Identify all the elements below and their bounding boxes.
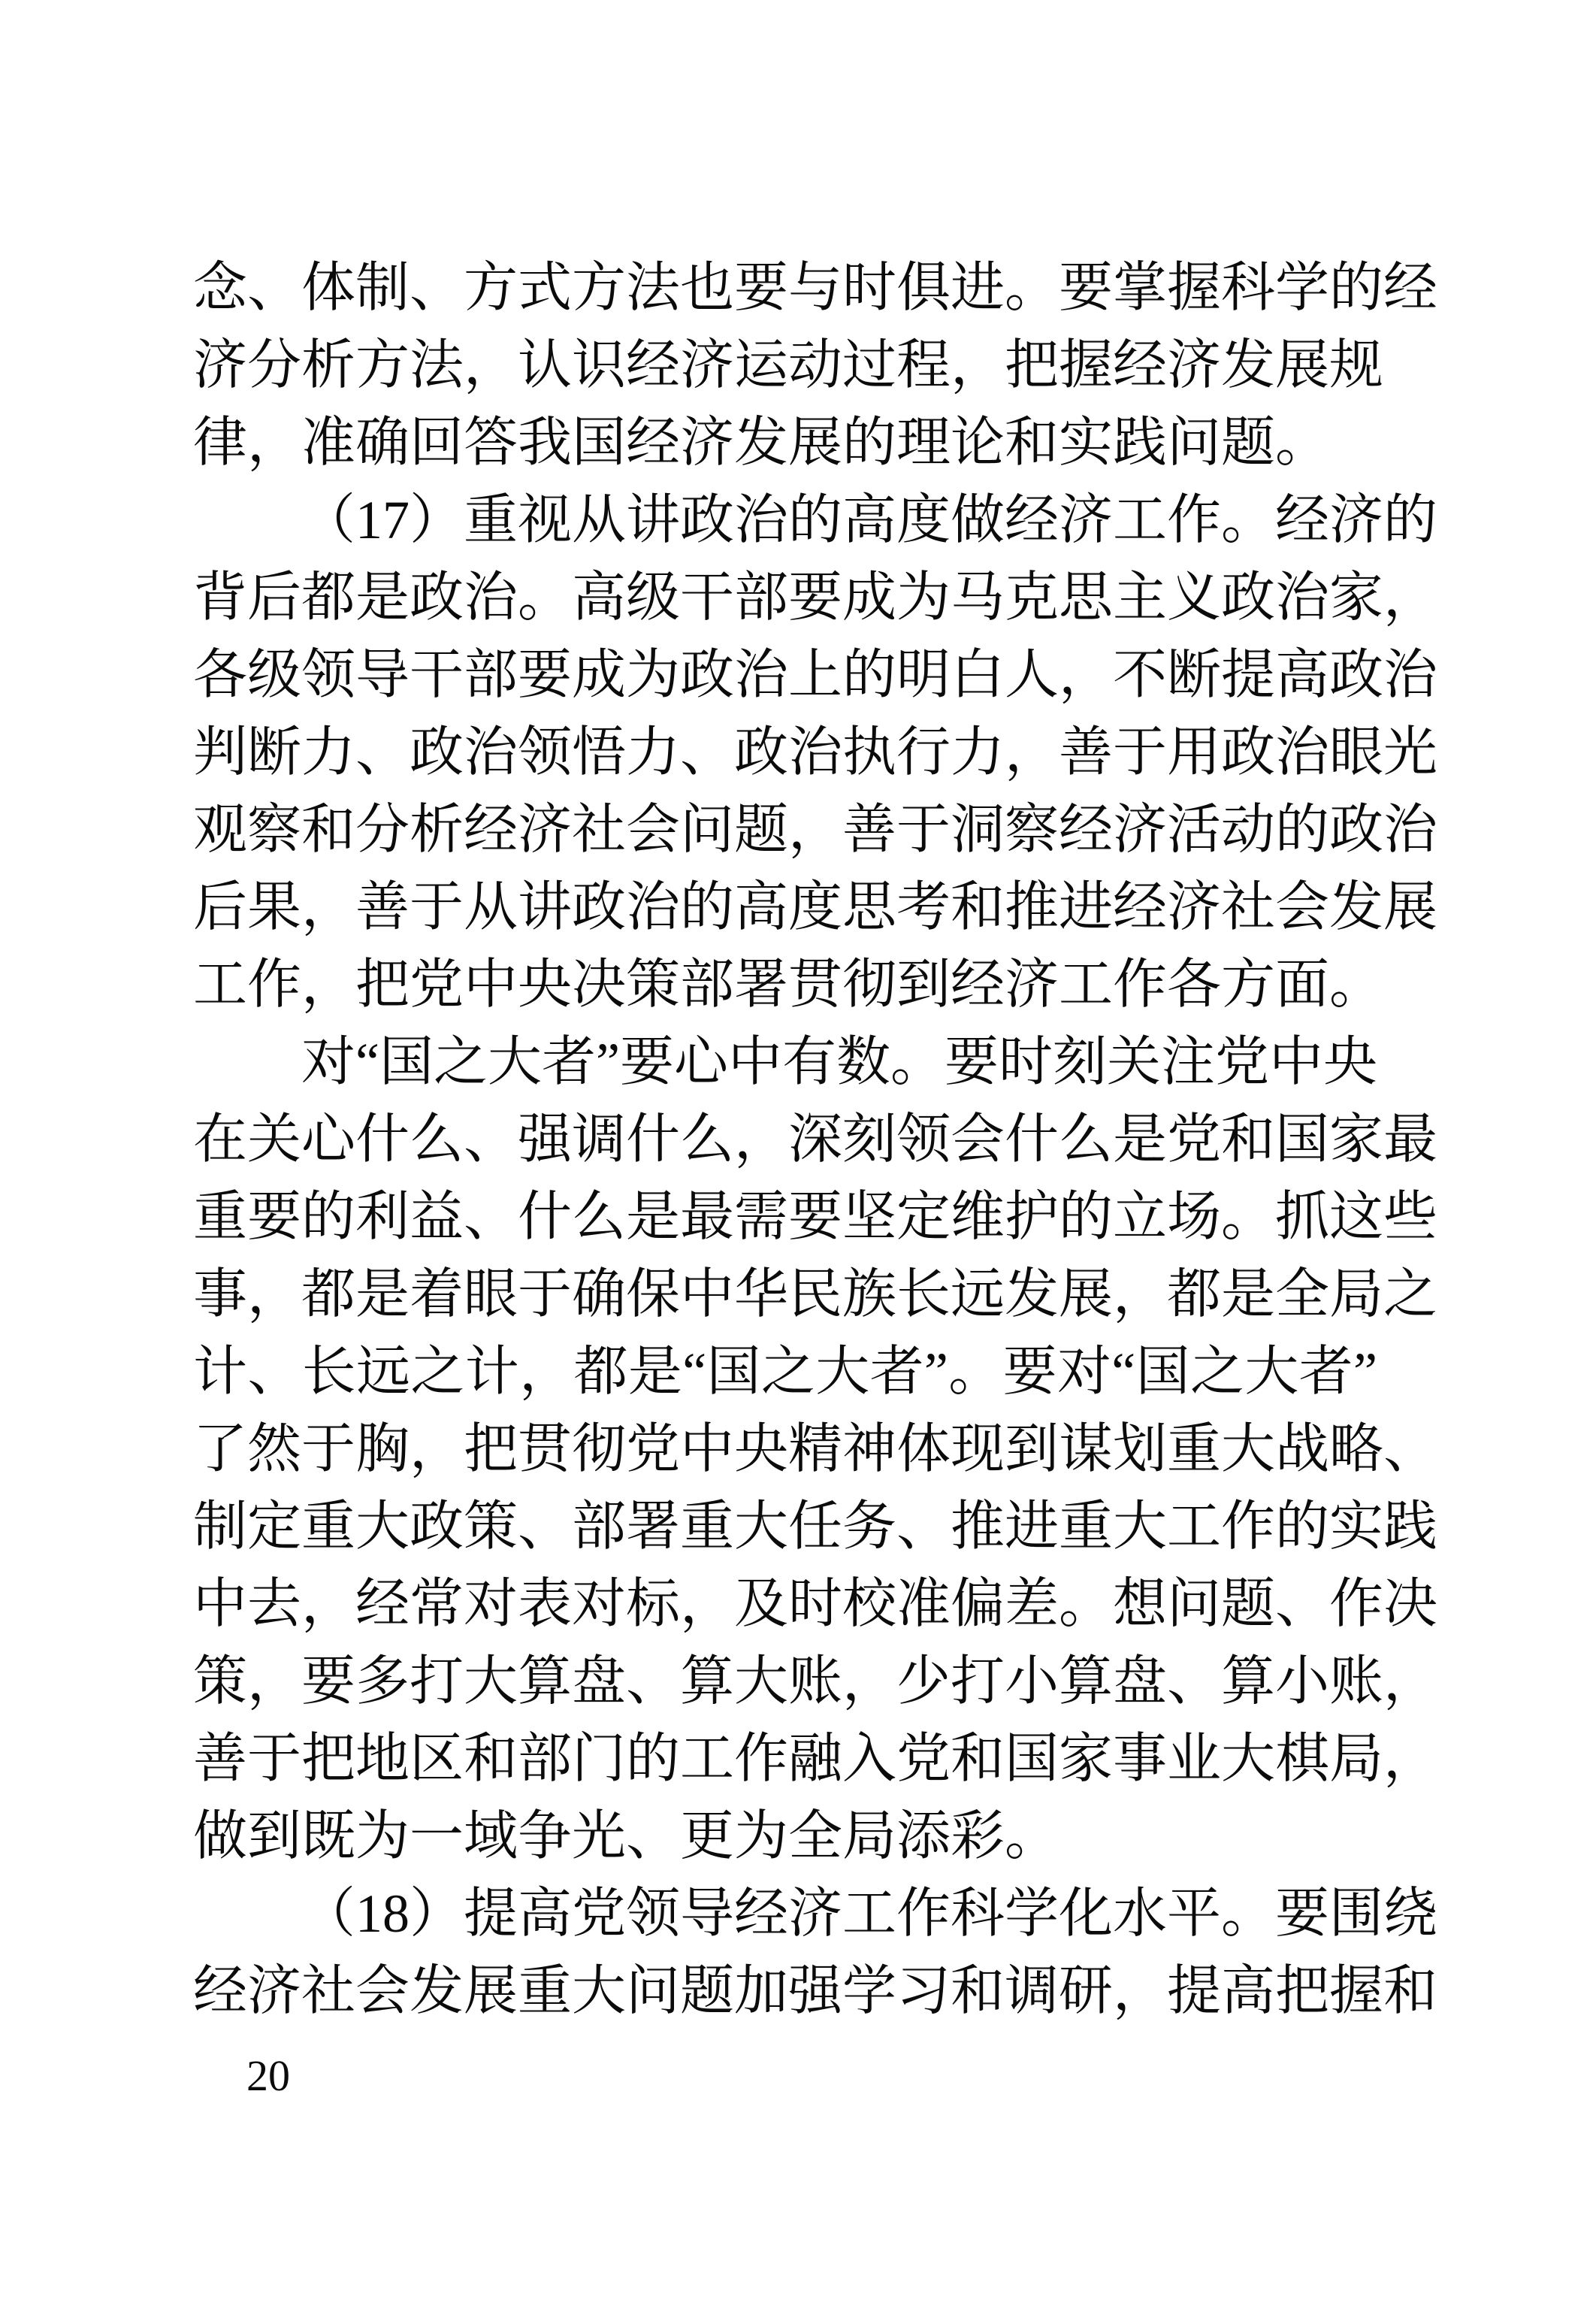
page-number: 20 (246, 2054, 290, 2098)
text-line: （17）重视从讲政治的高度做经济工作。经济的 (193, 482, 1377, 559)
text-line: 工作，把党中央决策部署贯彻到经济工作各方面。 (193, 946, 1377, 1024)
text-line: 制定重大政策、部署重大任务、推进重大工作的实践 (193, 1488, 1377, 1566)
text-line: 观察和分析经济社会问题，善于洞察经济活动的政治 (193, 791, 1377, 869)
text-line: 经济社会发展重大问题加强学习和调研，提高把握和 (193, 1953, 1377, 2030)
text-line: 济分析方法，认识经济运动过程，把握经济发展规 (193, 327, 1377, 404)
text-line: 做到既为一域争光、更为全局添彩。 (193, 1798, 1377, 1875)
text-line: 背后都是政治。高级干部要成为马克思主义政治家， (193, 559, 1377, 637)
text-line: （18）提高党领导经济工作科学化水平。要围绕 (193, 1875, 1377, 1953)
text-line: 重要的利益、什么是最需要坚定维护的立场。抓这些 (193, 1179, 1377, 1256)
text-line: 判断力、政治领悟力、政治执行力，善于用政治眼光 (193, 714, 1377, 791)
text-line: 策，要多打大算盘、算大账，少打小算盘、算小账， (193, 1643, 1377, 1720)
scanned-document-page: 念、体制、方式方法也要与时俱进。要掌握科学的经 济分析方法，认识经济运动过程，把… (0, 0, 1596, 2303)
text-line: 念、体制、方式方法也要与时俱进。要掌握科学的经 (193, 250, 1377, 327)
text-line: 后果，善于从讲政治的高度思考和推进经济社会发展 (193, 869, 1377, 946)
body-text-block: 念、体制、方式方法也要与时俱进。要掌握科学的经 济分析方法，认识经济运动过程，把… (193, 250, 1377, 2030)
text-line: 计、长远之计，都是“国之大者”。要对“国之大者” (193, 1333, 1377, 1411)
text-line: 中去，经常对表对标，及时校准偏差。想问题、作决 (193, 1566, 1377, 1643)
text-line: 善于把地区和部门的工作融入党和国家事业大棋局， (193, 1720, 1377, 1798)
text-line: 各级领导干部要成为政治上的明白人，不断提高政治 (193, 637, 1377, 714)
text-line: 在关心什么、强调什么，深刻领会什么是党和国家最 (193, 1101, 1377, 1179)
text-line: 事，都是着眼于确保中华民族长远发展，都是全局之 (193, 1256, 1377, 1333)
text-line: 律，准确回答我国经济发展的理论和实践问题。 (193, 404, 1377, 482)
text-line: 了然于胸，把贯彻党中央精神体现到谋划重大战略、 (193, 1411, 1377, 1488)
text-line: 对“国之大者”要心中有数。要时刻关注党中央 (193, 1024, 1377, 1101)
